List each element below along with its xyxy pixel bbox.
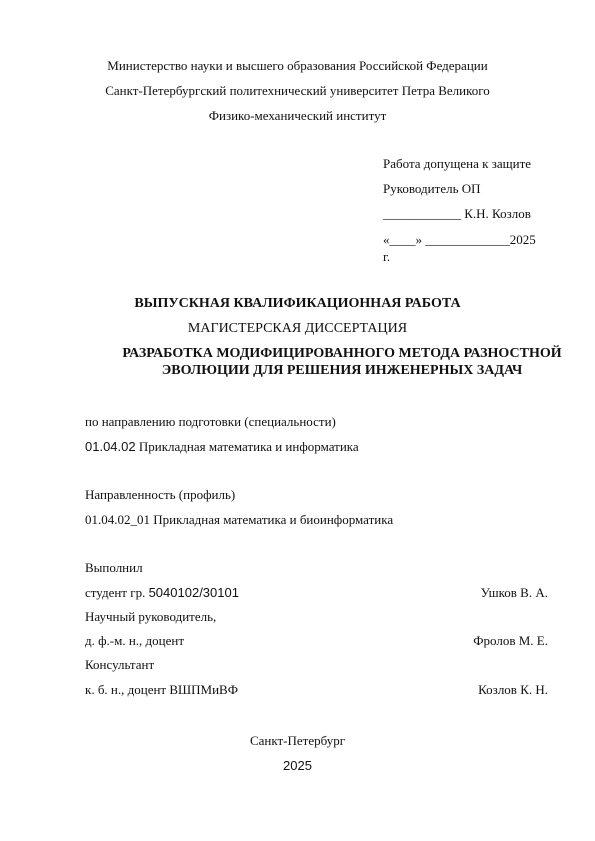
- student-name: Ушков В. А.: [481, 585, 548, 601]
- profile-value: 01.04.02_01 Прикладная математика и биои…: [85, 512, 393, 528]
- topic-line-2: ЭВОЛЮЦИИ ДЛЯ РЕШЕНИЯ ИНЖЕНЕРНЫХ ЗАДАЧ: [122, 363, 562, 379]
- student-prefix: студент гр.: [85, 585, 149, 600]
- admitted-label: Работа допущена к защите: [383, 156, 531, 172]
- consultant-title: к. б. н., доцент ВШПМиВФ: [85, 682, 238, 698]
- institute-name: Физико-механический институт: [0, 108, 595, 124]
- direction-name: Прикладная математика и информатика: [136, 439, 359, 454]
- topic-line-1: РАЗРАБОТКА МОДИФИЦИРОВАННОГО МЕТОДА РАЗН…: [122, 346, 562, 362]
- signature-line: ____________ К.Н. Козлов: [383, 206, 531, 222]
- consultant-name: Козлов К. Н.: [478, 682, 548, 698]
- supervisor-name: Фролов М. Е.: [473, 633, 548, 649]
- year: 2025: [0, 758, 595, 774]
- head-role: Руководитель ОП: [383, 181, 481, 197]
- university-name: Санкт-Петербургский политехнический унив…: [0, 83, 595, 99]
- ministry-name: Министерство науки и высшего образования…: [0, 58, 595, 74]
- supervisor-label: Научный руководитель,: [85, 609, 216, 625]
- student-group: студент гр. 5040102/30101: [85, 585, 239, 601]
- date-line: «____» _____________2025: [383, 232, 536, 248]
- direction-label: по направлению подготовки (специальности…: [85, 414, 336, 430]
- consultant-label: Консультант: [85, 657, 154, 673]
- year-suffix: г.: [383, 249, 390, 265]
- profile-label: Направленность (профиль): [85, 487, 235, 503]
- degree-type: МАГИСТЕРСКАЯ ДИССЕРТАЦИЯ: [0, 321, 595, 337]
- supervisor-title: д. ф.-м. н., доцент: [85, 633, 184, 649]
- direction-code: 01.04.02: [85, 439, 136, 454]
- performed-label: Выполнил: [85, 560, 143, 576]
- work-type: ВЫПУСКНАЯ КВАЛИФИКАЦИОННАЯ РАБОТА: [0, 296, 595, 312]
- student-group-number: 5040102/30101: [149, 585, 239, 600]
- direction-value: 01.04.02 Прикладная математика и информа…: [85, 439, 359, 455]
- city: Санкт-Петербург: [0, 733, 595, 749]
